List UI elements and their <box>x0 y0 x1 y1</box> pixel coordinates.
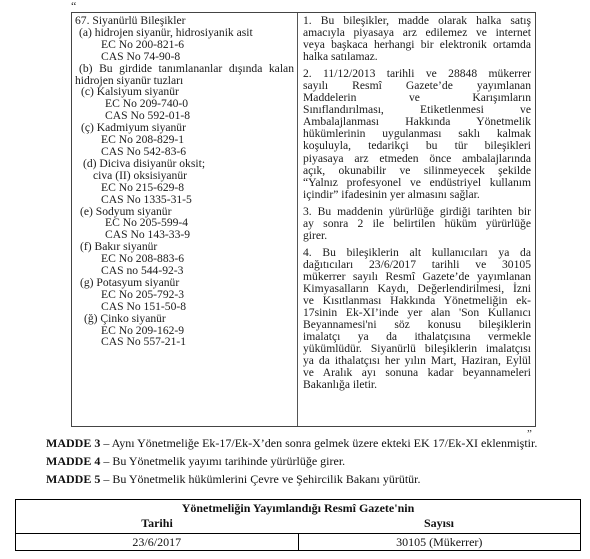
article-text: – Bu Yönetmelik hükümlerini Çevre ve Şeh… <box>100 472 420 486</box>
substance-label-continued: civa (II) oksisiyanür <box>75 170 294 182</box>
article-4: MADDE 4 – Bu Yönetmelik yayımı tarihinde… <box>46 454 345 468</box>
text-line: piyasaya arz etmeden önce ambalajlarında <box>303 153 531 165</box>
cas-number: CAS No 1335-31-5 <box>75 194 294 206</box>
condition-paragraph-4: 4. Bu bileşiklerin alt kullanıcıları ya … <box>303 247 531 392</box>
article-label: MADDE 5 <box>46 472 100 486</box>
text-line: içindir” ifadesinin yer almasını sağlar. <box>303 189 531 201</box>
text-line: 3. Bu maddenin yürürlüğe girdiği tarihte… <box>303 206 531 218</box>
ec-number: EC No 200-821-6 <box>75 39 294 51</box>
article-3: MADDE 3 – Aynı Yönetmeliğe Ek-17/Ek-X’de… <box>46 436 537 450</box>
ec-number: EC No 215-629-8 <box>75 182 294 194</box>
gazette-table-title: Yönetmeliğin Yayımlandığı Resmî Gazete'n… <box>16 501 580 516</box>
cas-number: CAS No 74-90-8 <box>75 51 294 63</box>
conditions-column: 1. Bu bileşikler, madde olarak halka sat… <box>298 13 535 426</box>
ec-number: EC No 205-792-3 <box>75 289 294 301</box>
text-line: girer. <box>303 230 531 242</box>
annex-table: 67. Siyanürlü Bileşikler (a) hidrojen si… <box>71 12 536 427</box>
condition-paragraph-1: 1. Bu bileşikler, madde olarak halka sat… <box>303 15 531 63</box>
cell-date: 23/6/2017 <box>16 534 299 551</box>
text-line: halka satılamaz. <box>303 51 531 63</box>
text-line: koşuluyla, tedarikçi bu tür bileşikleri <box>303 140 531 152</box>
text-line: ay sonra 2 ile belirtilen hüküm yürürlüğ… <box>303 218 531 230</box>
article-label: MADDE 3 <box>46 436 100 450</box>
article-label: MADDE 4 <box>46 454 100 468</box>
cas-number: CAS No 151-50-8 <box>75 301 294 313</box>
substance-label: (ğ) Çinko siyanür <box>75 313 294 325</box>
scanned-annex-image: “ 67. Siyanürlü Bileşikler (a) hidrojen … <box>0 0 590 432</box>
article-5: MADDE 5 – Bu Yönetmelik hükümlerini Çevr… <box>46 472 421 486</box>
column-header-number: Sayısı <box>298 516 580 531</box>
cell-number: 30105 (Mükerrer) <box>298 534 581 551</box>
text-line: Bakanlığa iletir. <box>303 379 531 391</box>
condition-paragraph-2: 2. 11/12/2013 tarihli ve 28848 mükerrer … <box>303 68 531 201</box>
substance-label: (b) Bu girdide tanımlananlar dışında kal… <box>75 63 294 75</box>
text-line: “Yalnız profesyonel ve endüstriyel kulla… <box>303 177 531 189</box>
cas-number: CAS No 557-21-1 <box>75 336 294 348</box>
article-text: – Aynı Yönetmeliğe Ek-17/Ek-X’den sonra … <box>100 436 537 450</box>
condition-paragraph-3: 3. Bu maddenin yürürlüğe girdiği tarihte… <box>303 206 531 242</box>
gazette-table: Yönetmeliğin Yayımlandığı Resmî Gazete'n… <box>15 499 581 551</box>
substance-column: 67. Siyanürlü Bileşikler (a) hidrojen si… <box>72 13 298 426</box>
text-line: açık, okunabilir ve silinmeyecek şekilde <box>303 165 531 177</box>
table-row: 23/6/2017 30105 (Mükerrer) <box>16 534 581 551</box>
column-header-date: Tarihi <box>16 516 298 531</box>
gazette-table-header: Yönetmeliğin Yayımlandığı Resmî Gazete'n… <box>16 500 581 534</box>
substance-label: (d) Diciva disiyanür oksit; <box>75 158 294 170</box>
article-text: – Bu Yönetmelik yayımı tarihinde yürürlü… <box>100 454 345 468</box>
